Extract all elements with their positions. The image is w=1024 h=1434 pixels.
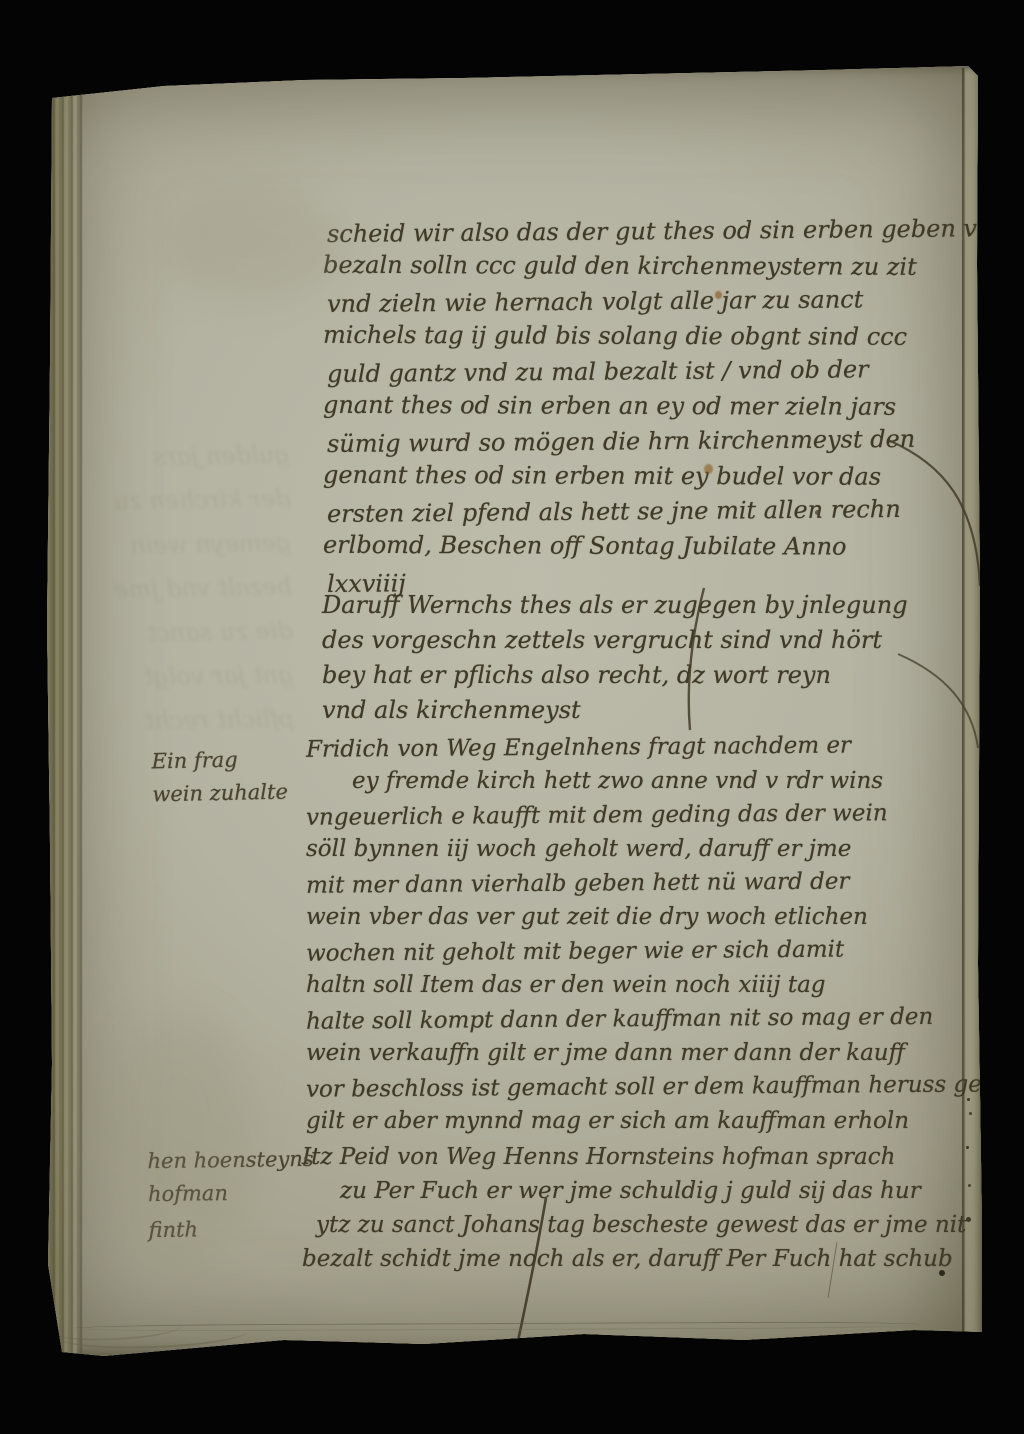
binding-gutter-page-edges	[44, 84, 82, 1356]
manuscript-text-line: haltn soll Item das er den wein noch xii…	[306, 968, 1012, 1002]
manuscript-text-line: vnd als kirchenmeyst	[322, 693, 982, 728]
manuscript-text-line: finth	[148, 1212, 315, 1247]
manuscript-text-line: ytz zu sanct Johans tag bescheste gewest…	[316, 1208, 1014, 1242]
manuscript-text-line: vngeuerlich e kaufft mit dem geding das …	[306, 795, 1012, 835]
manuscript-text-line: ersten ziel pfend als hett se jne mit al…	[327, 491, 1023, 532]
manuscript-text-line: bezalt schidt jme noch als er, daruff Pe…	[302, 1242, 1014, 1276]
manuscript-text-line: gilt er aber mynnd mag er sich am kauffm…	[306, 1104, 1012, 1138]
paragraph-1: scheid wir also das der gut thes od sin …	[327, 214, 1023, 599]
paragraph-4: Itz Peid von Weg Henns Hornsteins hofman…	[302, 1140, 1014, 1276]
manuscript-text-line: vor beschloss ist gemacht soll er dem ka…	[306, 1067, 1012, 1107]
manuscript-text-line: Itz Peid von Weg Henns Hornsteins hofman…	[302, 1140, 1014, 1174]
paragraph-2: Daruff Wernchs thes als er zugegen by jn…	[322, 588, 982, 728]
manuscript-text-line: bey hat er pflichs also recht, dz wort r…	[322, 658, 982, 693]
manuscript-text-line: guld gantz vnd zu mal bezalt ist / vnd o…	[327, 351, 1023, 392]
manuscript-text-line: hofman	[148, 1176, 315, 1211]
manuscript-text-line: michels tag ij guld bis solang die obgnt…	[323, 318, 1019, 355]
manuscript-text-line: genant thes od sin erben mit ey budel vo…	[323, 458, 1019, 495]
manuscript-text-line: söll bynnen iij woch geholt werd, daruff…	[306, 832, 1012, 866]
manuscript-text-line: erlbomd, Beschen off Sontag Jubilate Ann…	[323, 528, 1019, 565]
margin-note-ein-frag: Ein fragwein zuhalte	[151, 743, 288, 812]
manuscript-text-line: hen hoensteyns	[147, 1143, 314, 1178]
manuscript-text-line: wein zuhalte	[152, 776, 288, 812]
manuscript-text-line: Fridich von Weg Engelnhens fragt nachdem…	[306, 727, 1012, 767]
margin-note-hornsteins-hofman: hen hoensteynshofmanfinth	[147, 1143, 315, 1247]
manuscript-text-line: sümig wurd so mögen die hrn kirchenmeyst…	[327, 421, 1023, 462]
manuscript-text-line: des vorgeschn zettels vergrucht sind vnd…	[322, 623, 982, 658]
manuscript-text-line: Ein frag	[151, 743, 287, 779]
manuscript-page: gulden jarsder kirchen zugemeyn weinbeza…	[44, 64, 982, 1356]
manuscript-text-line: mit mer dann vierhalb geben hett nü ward…	[306, 863, 1012, 903]
manuscript-text-line: wochen nit geholt mit beger wie er sich …	[306, 931, 1012, 971]
manuscript-text-line: gnant thes od sin erben an ey od mer zie…	[323, 388, 1019, 425]
manuscript-text-line: Daruff Wernchs thes als er zugegen by jn…	[322, 588, 982, 623]
paragraph-3: Fridich von Weg Engelnhens fragt nachdem…	[306, 730, 1012, 1138]
manuscript-text-line: zu Per Fuch er wer jme schuldig j guld s…	[340, 1174, 1014, 1208]
manuscript-text-line: scheid wir also das der gut thes od sin …	[327, 211, 1023, 252]
paper-discoloration	[164, 184, 344, 304]
manuscript-text-line: bezaln solln ccc guld den kirchenmeyster…	[323, 248, 1019, 285]
manuscript-text-line: ey fremde kirch hett zwo anne vnd v rdr …	[352, 764, 1012, 798]
bleed-through-text: gulden jarsder kirchen zugemeyn weinbeza…	[111, 432, 294, 743]
photograph-background: { "colors": { "background": "#040404", "…	[0, 0, 1024, 1434]
manuscript-text-line: wein verkauffn gilt er jme dann mer dann…	[306, 1036, 1012, 1070]
manuscript-text-line: vnd zieln wie hernach volgt alle jar zu …	[327, 281, 1023, 322]
manuscript-text-line: wein vber das ver gut zeit die dry woch …	[306, 900, 1012, 934]
manuscript-text-line: halte soll kompt dann der kauffman nit s…	[306, 999, 1012, 1039]
